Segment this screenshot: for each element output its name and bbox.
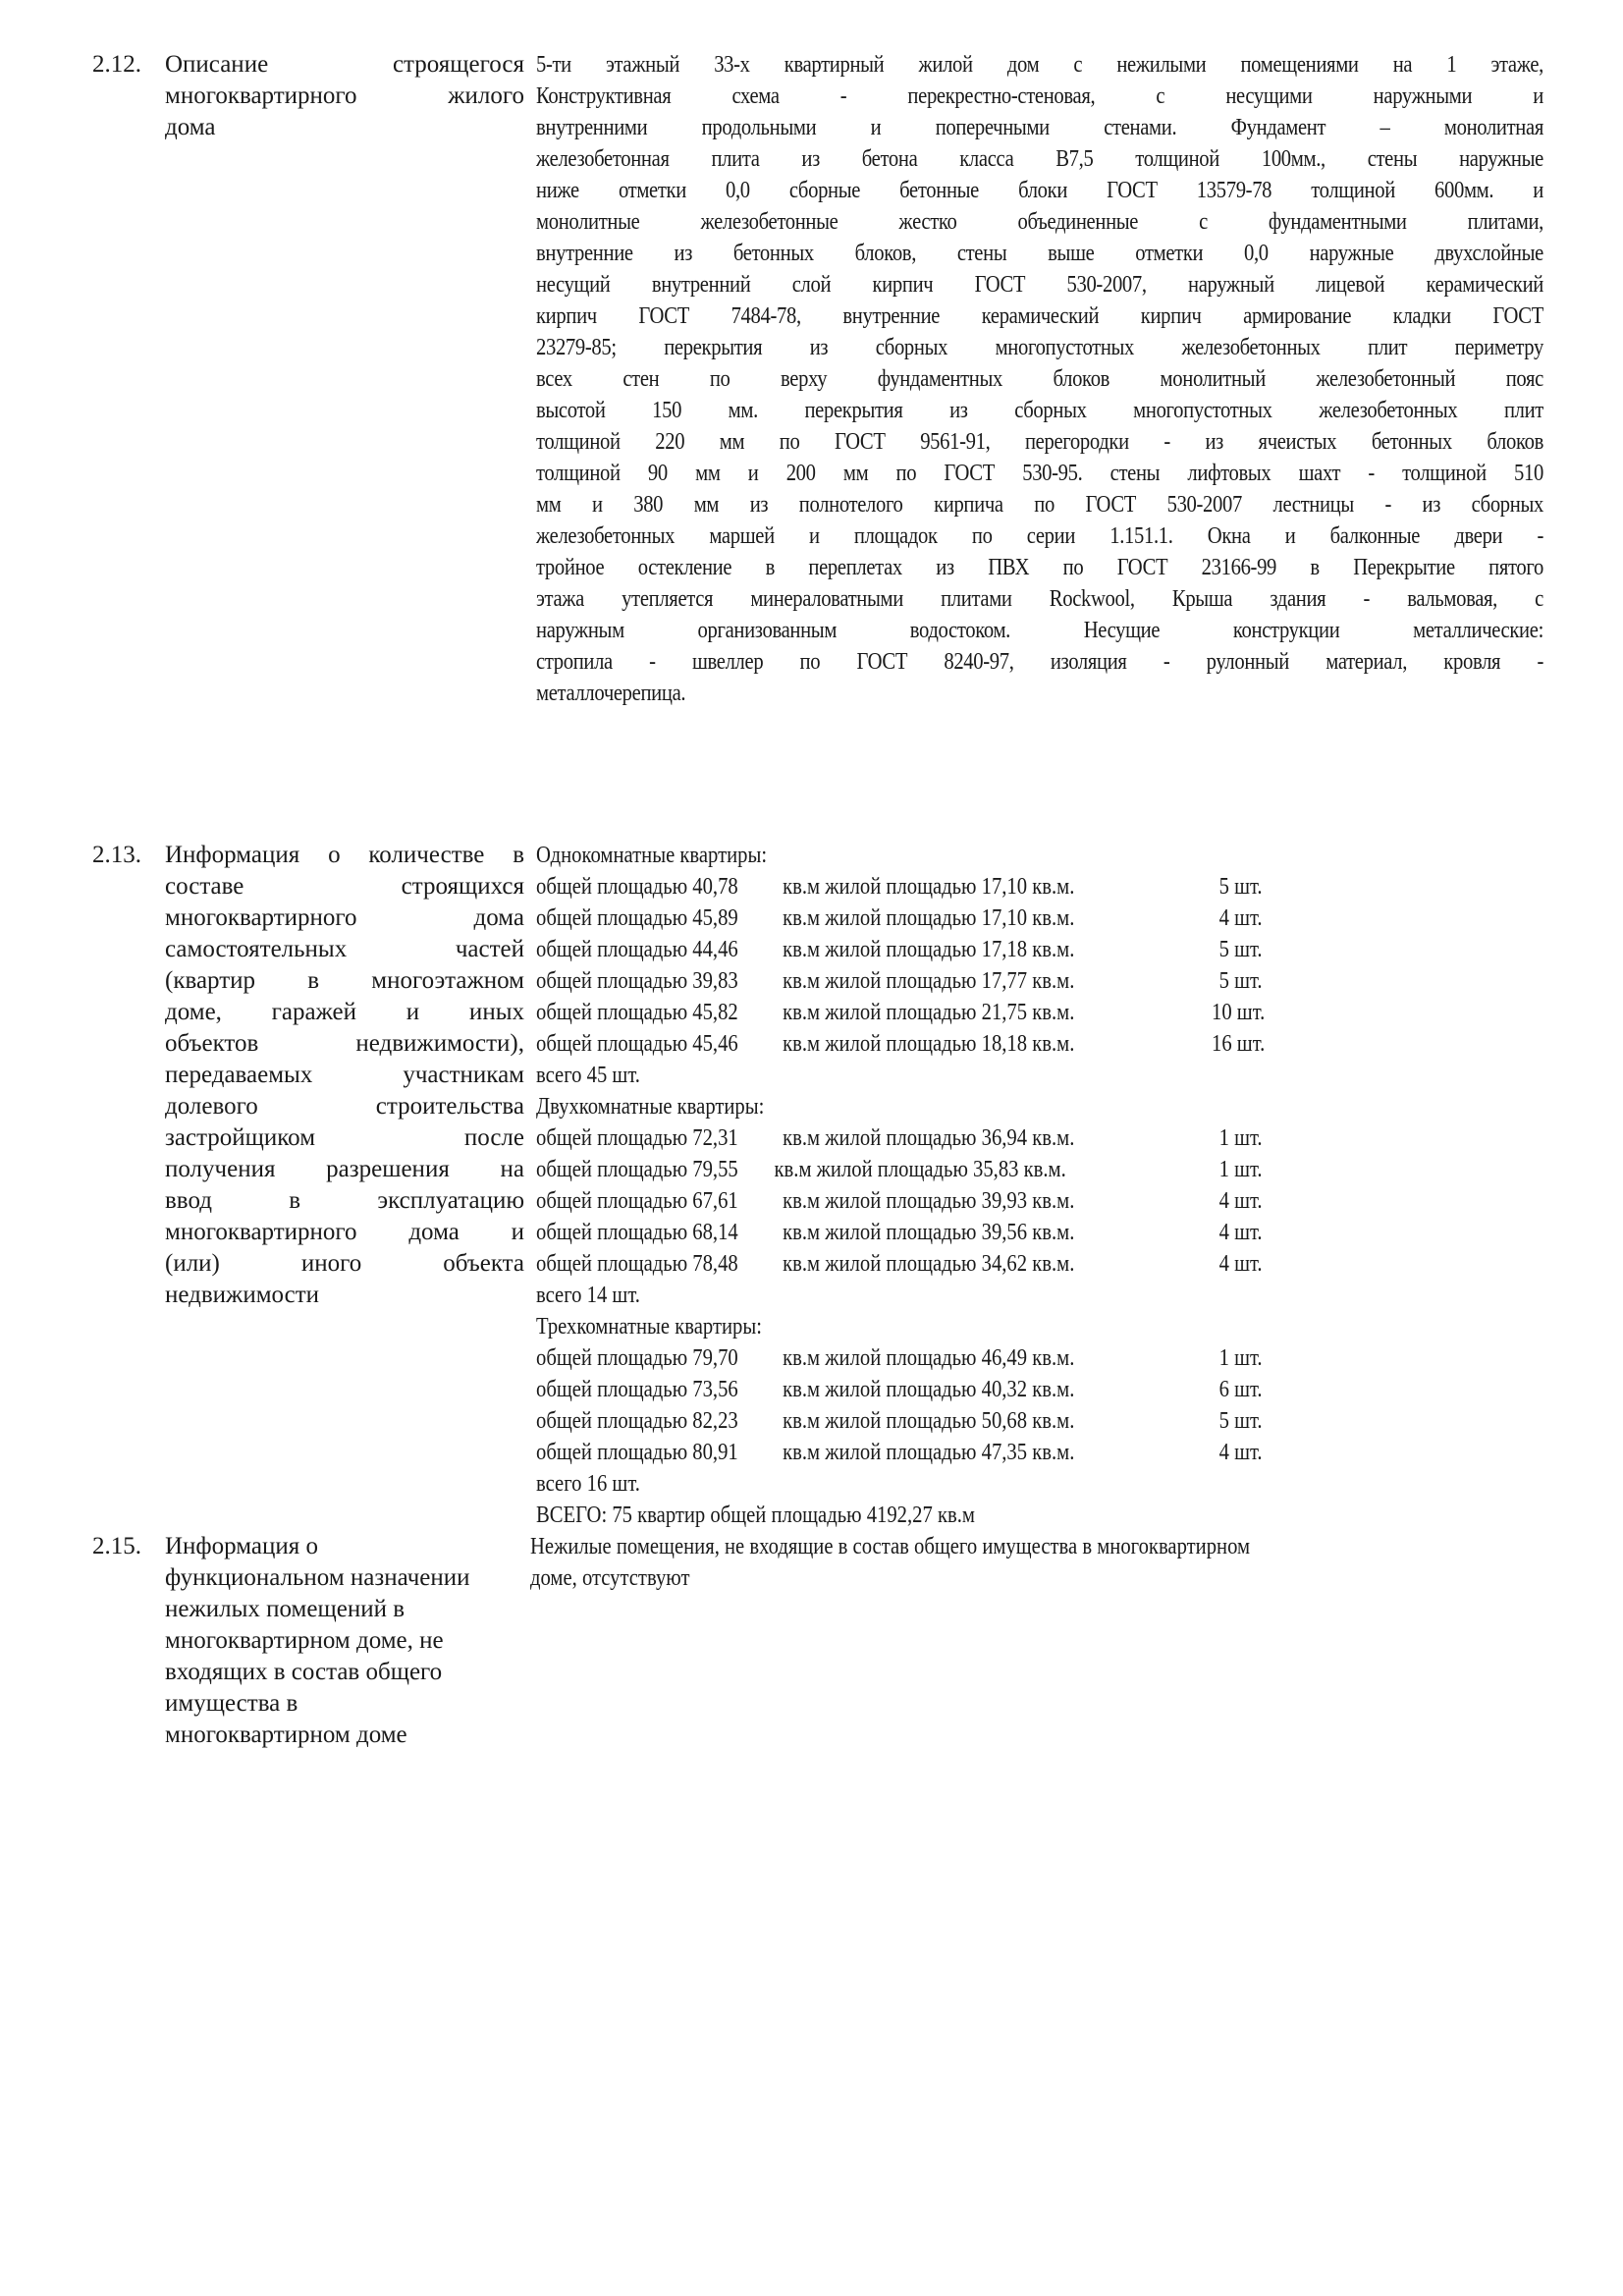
text-line: внутренними продольными и поперечными ст… xyxy=(536,112,1543,143)
living-area: кв.м жилой площадью 47,35 кв.м. xyxy=(783,1437,1074,1468)
apartment-count: 5 шт. xyxy=(1212,871,1263,902)
living-area: кв.м жилой площадью 39,56 кв.м. xyxy=(783,1217,1074,1248)
total-area: общей площадью 80,91 xyxy=(536,1437,738,1468)
group-heading-3-room: Трехкомнатные квартиры: xyxy=(536,1311,1543,1342)
label-line: Описание строящегося xyxy=(165,49,524,81)
apartment-count: 1 шт. xyxy=(1212,1342,1263,1374)
label-line: Информация о количестве в xyxy=(165,840,524,871)
apartment-count: 4 шт. xyxy=(1212,1248,1263,1280)
section-label: Информация о функциональном назначении н… xyxy=(165,1531,524,1751)
apartment-row: общей площадью 39,83 кв.м жилой площадью… xyxy=(536,965,1543,997)
apartment-count: 4 шт. xyxy=(1212,902,1263,934)
apartment-row: общей площадью 40,78 кв.м жилой площадью… xyxy=(536,871,1543,902)
text-line: монолитные железобетонные жестко объедин… xyxy=(536,206,1543,238)
apartment-count: 4 шт. xyxy=(1212,1437,1263,1468)
label-line: многоквартирном доме xyxy=(165,1720,524,1751)
label-line: застройщиком после xyxy=(165,1122,524,1154)
apartments-block: Однокомнатные квартиры: общей площадью 4… xyxy=(536,840,1543,1531)
apartment-row: общей площадью 45,89 кв.м жилой площадью… xyxy=(536,902,1543,934)
label-line: функциональном назначении xyxy=(165,1562,524,1594)
apartment-row: общей площадью 79,70 кв.м жилой площадью… xyxy=(536,1342,1543,1374)
apartment-row: общей площадью 68,14 кв.м жилой площадью… xyxy=(536,1217,1543,1248)
living-area: кв.м жилой площадью 39,93 кв.м. xyxy=(783,1185,1074,1217)
label-line: многоквартирном доме, не xyxy=(165,1625,524,1657)
text-line: мм и 380 мм из полнотелого кирпича по ГО… xyxy=(536,489,1543,520)
text-line: наружным организованным водостоком. Несу… xyxy=(536,615,1543,646)
description-paragraph: 5-ти этажный 33-х квартирный жилой дом с… xyxy=(536,49,1543,709)
apartment-row: общей площадью 79,55 кв.м жилой площадью… xyxy=(536,1154,1543,1185)
text-line: ниже отметки 0,0 сборные бетонные блоки … xyxy=(536,175,1543,206)
label-line: нежилых помещений в xyxy=(165,1594,524,1625)
text-line: железобетонная плита из бетона класса В7… xyxy=(536,143,1543,175)
apartment-count: 16 шт. xyxy=(1212,1028,1263,1060)
group-subtotal: всего 14 шт. xyxy=(536,1280,1543,1311)
apartment-count: 5 шт. xyxy=(1212,934,1263,965)
total-area: общей площадью 72,31 xyxy=(536,1122,738,1154)
label-line: имущества в xyxy=(165,1688,524,1720)
total-area: общей площадью 73,56 xyxy=(536,1374,738,1405)
apartment-row: общей площадью 45,46 кв.м жилой площадью… xyxy=(536,1028,1543,1060)
total-area: общей площадью 79,55 xyxy=(536,1154,738,1185)
text-line: внутренние из бетонных блоков, стены выш… xyxy=(536,238,1543,269)
label-line: многоквартирного дома xyxy=(165,902,524,934)
living-area: кв.м жилой площадью 35,83 кв.м. xyxy=(775,1154,1066,1185)
label-line: ввод в эксплуатацию xyxy=(165,1185,524,1217)
apartment-count: 1 шт. xyxy=(1212,1154,1263,1185)
apartment-row: общей площадью 72,31 кв.м жилой площадью… xyxy=(536,1122,1543,1154)
apartment-count: 4 шт. xyxy=(1212,1185,1263,1217)
label-line: долевого строительства xyxy=(165,1091,524,1122)
apartment-row: общей площадью 78,48 кв.м жилой площадью… xyxy=(536,1248,1543,1280)
text-line: толщиной 220 мм по ГОСТ 9561-91, перегор… xyxy=(536,426,1543,458)
total-area: общей площадью 44,46 xyxy=(536,934,738,965)
label-line: (или) иного объекта xyxy=(165,1248,524,1280)
living-area: кв.м жилой площадью 21,75 кв.м. xyxy=(783,997,1074,1028)
total-area: общей площадью 67,61 xyxy=(536,1185,738,1217)
living-area: кв.м жилой площадью 40,32 кв.м. xyxy=(783,1374,1074,1405)
section-number: 2.13. xyxy=(92,840,141,871)
apartment-row: общей площадью 80,91 кв.м жилой площадью… xyxy=(536,1437,1543,1468)
group-heading-1-room: Однокомнатные квартиры: xyxy=(536,840,1543,871)
text-line: Нежилые помещения, не входящие в состав … xyxy=(530,1531,1538,1562)
grand-total: ВСЕГО: 75 квартир общей площадью 4192,27… xyxy=(536,1500,1543,1531)
group-heading-2-room: Двухкомнатные квартиры: xyxy=(536,1091,1543,1122)
apartment-count: 5 шт. xyxy=(1212,1405,1263,1437)
group-subtotal: всего 16 шт. xyxy=(536,1468,1543,1500)
label-line: многоквартирного дома и xyxy=(165,1217,524,1248)
total-area: общей площадью 79,70 xyxy=(536,1342,738,1374)
group-subtotal: всего 45 шт. xyxy=(536,1060,1543,1091)
living-area: кв.м жилой площадью 17,18 кв.м. xyxy=(783,934,1074,965)
text-line: 5-ти этажный 33-х квартирный жилой дом с… xyxy=(536,49,1543,81)
total-area: общей площадью 45,46 xyxy=(536,1028,738,1060)
apartment-row: общей площадью 44,46 кв.м жилой площадью… xyxy=(536,934,1543,965)
text-line: железобетонных маршей и площадок по сери… xyxy=(536,520,1543,552)
text-line: Конструктивная схема - перекрестно-стено… xyxy=(536,81,1543,112)
label-line: (квартир в многоэтажном xyxy=(165,965,524,997)
living-area: кв.м жилой площадью 17,10 кв.м. xyxy=(783,871,1074,902)
non-residential-info: Нежилые помещения, не входящие в состав … xyxy=(530,1531,1538,1594)
text-line: несущий внутренний слой кирпич ГОСТ 530-… xyxy=(536,269,1543,301)
text-line: высотой 150 мм. перекрытия из сборных мн… xyxy=(536,395,1543,426)
section-number: 2.15. xyxy=(92,1531,141,1562)
total-area: общей площадью 39,83 xyxy=(536,965,738,997)
living-area: кв.м жилой площадью 46,49 кв.м. xyxy=(783,1342,1074,1374)
text-line: металлочерепица. xyxy=(536,678,1543,709)
living-area: кв.м жилой площадью 50,68 кв.м. xyxy=(783,1405,1074,1437)
label-line: недвижимости xyxy=(165,1280,524,1311)
total-area: общей площадью 82,23 xyxy=(536,1405,738,1437)
section-number: 2.12. xyxy=(92,49,141,81)
text-line: толщиной 90 мм и 200 мм по ГОСТ 530-95. … xyxy=(536,458,1543,489)
section-label: Информация о количестве в составе строящ… xyxy=(165,840,524,1311)
text-line: 23279-85; перекрытия из сборных многопус… xyxy=(536,332,1543,363)
apartment-count: 1 шт. xyxy=(1212,1122,1263,1154)
text-line: кирпич ГОСТ 7484-78, внутренние керамиче… xyxy=(536,301,1543,332)
apartment-count: 4 шт. xyxy=(1212,1217,1263,1248)
living-area: кв.м жилой площадью 18,18 кв.м. xyxy=(783,1028,1074,1060)
label-line: получения разрешения на xyxy=(165,1154,524,1185)
non-residential-text: Нежилые помещения, не входящие в состав … xyxy=(530,1531,1538,1594)
text-line: стропила - швеллер по ГОСТ 8240-97, изол… xyxy=(536,646,1543,678)
apartment-row: общей площадью 45,82 кв.м жилой площадью… xyxy=(536,997,1543,1028)
building-description: 5-ти этажный 33-х квартирный жилой дом с… xyxy=(536,49,1543,709)
apartment-row: общей площадью 82,23 кв.м жилой площадью… xyxy=(536,1405,1543,1437)
total-area: общей площадью 78,48 xyxy=(536,1248,738,1280)
living-area: кв.м жилой площадью 17,77 кв.м. xyxy=(783,965,1074,997)
section-label: Описание строящегося многоквартирного жи… xyxy=(165,49,524,143)
apartment-count: 5 шт. xyxy=(1212,965,1263,997)
text-line: тройное остекление в переплетах из ПВХ п… xyxy=(536,552,1543,583)
label-line: многоквартирного жилого xyxy=(165,81,524,112)
total-area: общей площадью 40,78 xyxy=(536,871,738,902)
apartments-list: Однокомнатные квартиры: общей площадью 4… xyxy=(536,840,1543,1531)
living-area: кв.м жилой площадью 36,94 кв.м. xyxy=(783,1122,1074,1154)
label-line: составе строящихся xyxy=(165,871,524,902)
text-line: этажа утепляется минераловатными плитами… xyxy=(536,583,1543,615)
living-area: кв.м жилой площадью 17,10 кв.м. xyxy=(783,902,1074,934)
apartment-row: общей площадью 67,61 кв.м жилой площадью… xyxy=(536,1185,1543,1217)
label-line: доме, гаражей и иных xyxy=(165,997,524,1028)
apartment-row: общей площадью 73,56 кв.м жилой площадью… xyxy=(536,1374,1543,1405)
label-line: входящих в состав общего xyxy=(165,1657,524,1688)
apartment-count: 10 шт. xyxy=(1212,997,1263,1028)
text-line: доме, отсутствуют xyxy=(530,1562,1538,1594)
apartment-count: 6 шт. xyxy=(1212,1374,1263,1405)
total-area: общей площадью 45,89 xyxy=(536,902,738,934)
total-area: общей площадью 45,82 xyxy=(536,997,738,1028)
label-line: передаваемых участникам xyxy=(165,1060,524,1091)
living-area: кв.м жилой площадью 34,62 кв.м. xyxy=(783,1248,1074,1280)
text-line: всех стен по верху фундаментных блоков м… xyxy=(536,363,1543,395)
label-line: самостоятельных частей xyxy=(165,934,524,965)
label-line: Информация о xyxy=(165,1531,524,1562)
label-line: дома xyxy=(165,112,524,143)
total-area: общей площадью 68,14 xyxy=(536,1217,738,1248)
label-line: объектов недвижимости), xyxy=(165,1028,524,1060)
